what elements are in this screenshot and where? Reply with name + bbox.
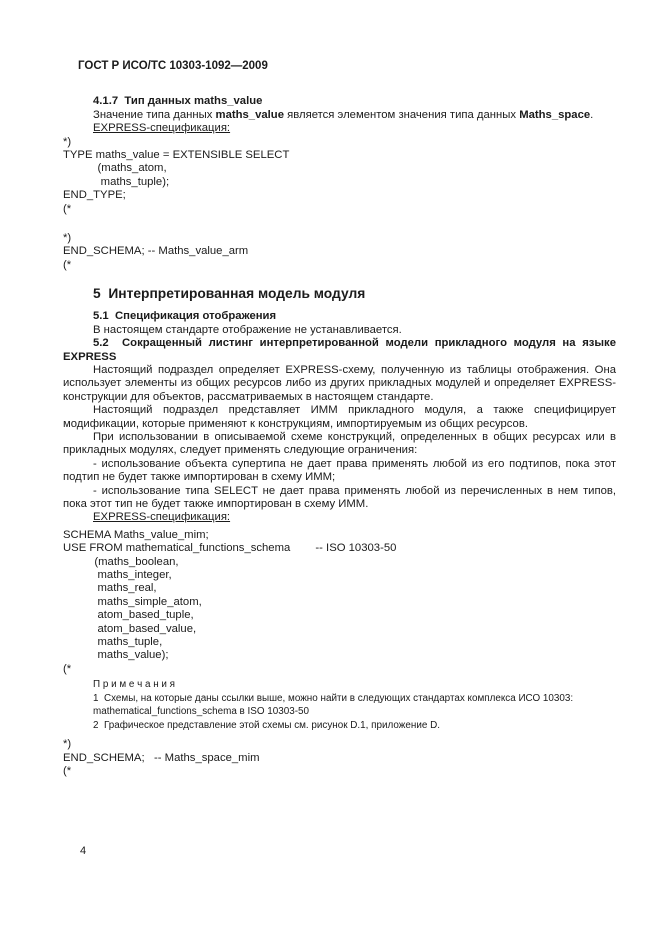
express-spec-label: EXPRESS-спецификация: — [63, 511, 616, 524]
code-line: *) — [63, 136, 616, 149]
page-content: ГОСТ Р ИСО/ТС 10303-1092—2009 4.1.7 Тип … — [63, 60, 616, 778]
term-maths-space: Maths_space — [519, 109, 590, 121]
heading-5-1: 5.1 Спецификация отображения — [63, 310, 616, 323]
express-spec-label: EXPRESS-спецификация: — [63, 122, 616, 135]
notes-title: П р и м е ч а н и я — [93, 678, 616, 692]
code-line: END_TYPE; — [63, 189, 616, 202]
note-item-1-continued: mathematical_functions_schema в ISO 1030… — [93, 705, 616, 719]
spacer — [63, 216, 616, 232]
code-line: *) — [63, 738, 616, 751]
code-line: *) — [63, 232, 616, 245]
term-maths-value: maths_value — [216, 109, 284, 121]
paragraph-5-2-b: Настоящий подраздел представляет ИММ при… — [63, 404, 616, 431]
text-segment: является элементом значения типа данных — [284, 109, 519, 121]
code-line: maths_real, — [63, 582, 616, 595]
code-line: (* — [63, 203, 616, 216]
document-page: ГОСТ Р ИСО/ТС 10303-1092—2009 4.1.7 Тип … — [0, 0, 661, 936]
paragraph-4-1-7: Значение типа данных maths_value являетс… — [63, 109, 616, 122]
running-header: ГОСТ Р ИСО/ТС 10303-1092—2009 — [78, 60, 616, 73]
paragraph-5-2-c: При использовании в описываемой схеме ко… — [63, 431, 616, 458]
code-line: SCHEMA Maths_value_mim; — [63, 529, 616, 542]
code-line: END_SCHEMA; -- Maths_value_arm — [63, 245, 616, 258]
code-line: maths_value); — [63, 649, 616, 662]
heading-4-1-7: 4.1.7 Тип данных maths_value — [63, 95, 616, 108]
notes-block: П р и м е ч а н и я 1 Схемы, на которые … — [93, 678, 616, 732]
bullet-restriction-1: - использование объекта супертипа не дае… — [63, 458, 616, 485]
code-line: (* — [63, 765, 616, 778]
code-line: END_SCHEMA; -- Maths_space_mim — [63, 752, 616, 765]
heading-5: 5 Интерпретированная модель модуля — [63, 285, 616, 302]
paragraph-5-1: В настоящем стандарте отображение не уст… — [63, 324, 616, 337]
code-line: atom_based_value, — [63, 623, 616, 636]
text-segment: Значение типа данных — [93, 109, 216, 121]
code-line: (* — [63, 259, 616, 272]
code-line: maths_tuple); — [63, 176, 616, 189]
text-segment: . — [590, 109, 593, 121]
code-line: (* — [63, 663, 616, 676]
paragraph-5-2-a: Настоящий подраздел определяет EXPRESS-с… — [63, 364, 616, 404]
code-line: (maths_atom, — [63, 162, 616, 175]
code-line: USE FROM mathematical_functions_schema -… — [63, 542, 616, 555]
note-item-2: 2 Графическое представление этой схемы с… — [93, 719, 616, 733]
code-line: atom_based_tuple, — [63, 609, 616, 622]
note-item-1: 1 Схемы, на которые даны ссылки выше, мо… — [93, 692, 616, 706]
heading-5-2-line1: 5.2 Сокращенный листинг интерпретированн… — [63, 337, 616, 350]
page-number: 4 — [80, 845, 86, 857]
code-line: TYPE maths_value = EXTENSIBLE SELECT — [63, 149, 616, 162]
bullet-restriction-2: - использование типа SELECT не дает прав… — [63, 485, 616, 512]
code-line: maths_simple_atom, — [63, 596, 616, 609]
heading-5-2-line2: EXPRESS — [63, 351, 616, 364]
code-line: (maths_boolean, — [63, 556, 616, 569]
code-line: maths_integer, — [63, 569, 616, 582]
code-line: maths_tuple, — [63, 636, 616, 649]
